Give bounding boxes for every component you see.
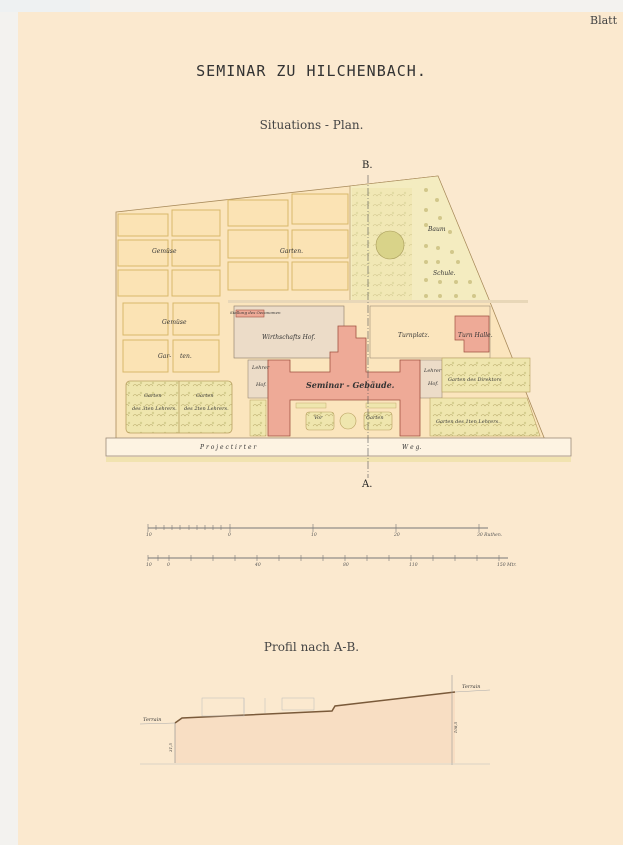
label-gemuese-left: Gemüse xyxy=(162,319,187,326)
label-road-projectirter: P r o j e c t i r t e r xyxy=(200,444,256,451)
profile-height-left: 31,5 xyxy=(168,743,173,752)
label-vorgarten-2: Garten xyxy=(366,415,384,421)
section-marker-a: A. xyxy=(362,479,372,490)
section-marker-b: B. xyxy=(362,160,373,171)
label-ten: ten. xyxy=(180,353,192,360)
label-garten-3-lehrer-1: Garten xyxy=(144,393,162,399)
scale-ruthen-tick-20: 20 xyxy=(394,533,400,538)
label-garten-2-lehrer-2: des 2ten Lehrers. xyxy=(184,406,229,412)
label-road-weg: W e g. xyxy=(402,444,421,451)
label-garten-direktor: Garten des Direktors xyxy=(448,377,501,383)
label-vorgarten-1: Vor xyxy=(314,415,323,421)
label-gar: Gar- xyxy=(158,353,171,360)
label-wirthschafts-hof: Wirthschafts Hof. xyxy=(262,334,315,341)
label-turn-halle: Turn Halle. xyxy=(458,332,493,339)
scale-meter-tick-0: 0 xyxy=(167,563,170,568)
label-schule: Schule. xyxy=(433,270,456,277)
scale-meter-tick-150: 150 Mtr. xyxy=(497,563,517,568)
scale-ruthen-tick-30: 30 Ruthen. xyxy=(477,533,502,538)
label-lehrer-hof-right-2: Hof. xyxy=(428,381,439,387)
profile-terrain-right: Terrain xyxy=(462,684,481,690)
scale-ruthen-tick-10: 10 xyxy=(146,533,152,538)
label-garten-3-lehrer-2: des 3ten Lehrers. xyxy=(132,406,177,412)
label-turnplatz: Turnplatz. xyxy=(398,332,429,339)
label-lehrer-hof-right-1: Lehrer xyxy=(424,368,441,374)
label-garten-top: Garten. xyxy=(280,248,303,255)
label-gemuese-top: Gemüse xyxy=(152,248,177,255)
label-seminar-gebaeude: Seminar - Gebäude. xyxy=(306,380,394,390)
scale-meter-tick-10: 10 xyxy=(146,563,152,568)
label-baum: Baum xyxy=(428,226,446,233)
label-lehrer-hof-left-2: Hof. xyxy=(256,382,267,388)
label-stallung: Stallung des Oeconomen xyxy=(230,310,281,315)
label-lehrer-hof-left-1: Lehrer xyxy=(252,365,269,371)
label-garten-2-lehrer-1: Garten xyxy=(196,393,214,399)
scale-meter-tick-40: 40 xyxy=(255,563,261,568)
profile-title: Profil nach A-B. xyxy=(0,640,623,654)
scale-meter-tick-110: 110 xyxy=(409,563,418,568)
profile-terrain-left: Terrain xyxy=(143,717,162,723)
scale-ruthen-tick-10b: 10 xyxy=(311,533,317,538)
site-plan-drawing xyxy=(0,0,623,845)
label-garten-1-lehrer: Garten des 1ten Lehrers. xyxy=(436,419,500,425)
scale-ruthen-tick-0: 0 xyxy=(228,533,231,538)
profile-height-right: 108,5 xyxy=(453,722,458,733)
scale-meter-tick-80: 80 xyxy=(343,563,349,568)
